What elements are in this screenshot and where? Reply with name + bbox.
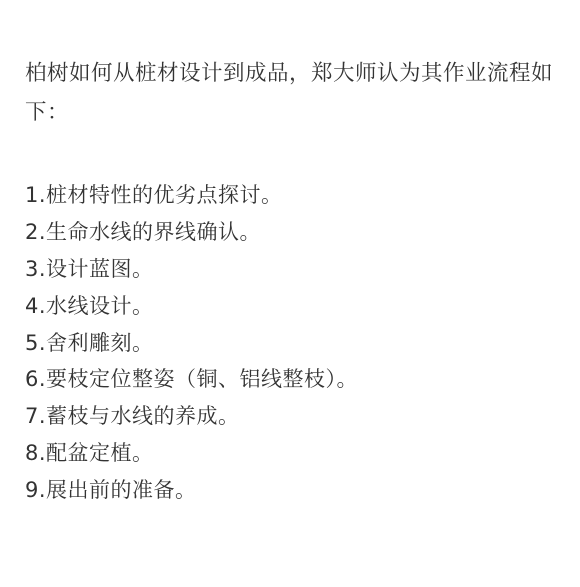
- list-item-step-1: 1.桩材特性的优劣点探讨。: [25, 177, 358, 214]
- list-item-step-9: 9.展出前的准备。: [25, 472, 358, 509]
- list-item-step-8: 8.配盆定植。: [25, 435, 358, 472]
- intro-paragraph: 柏树如何从桩材设计到成品，郑大师认为其作业流程如下：: [25, 54, 565, 132]
- list-item-step-7: 7.蓄枝与水线的养成。: [25, 398, 358, 435]
- list-item-step-2: 2.生命水线的界线确认。: [25, 214, 358, 251]
- list-item-step-5: 5.舍利雕刻。: [25, 325, 358, 362]
- list-item-step-3: 3.设计蓝图。: [25, 251, 358, 288]
- list-item-step-4: 4.水线设计。: [25, 288, 358, 325]
- workflow-steps-list: 1.桩材特性的优劣点探讨。 2.生命水线的界线确认。 3.设计蓝图。 4.水线设…: [25, 177, 358, 509]
- list-item-step-6: 6.要枝定位整姿（铜、铝线整枝）。: [25, 361, 358, 398]
